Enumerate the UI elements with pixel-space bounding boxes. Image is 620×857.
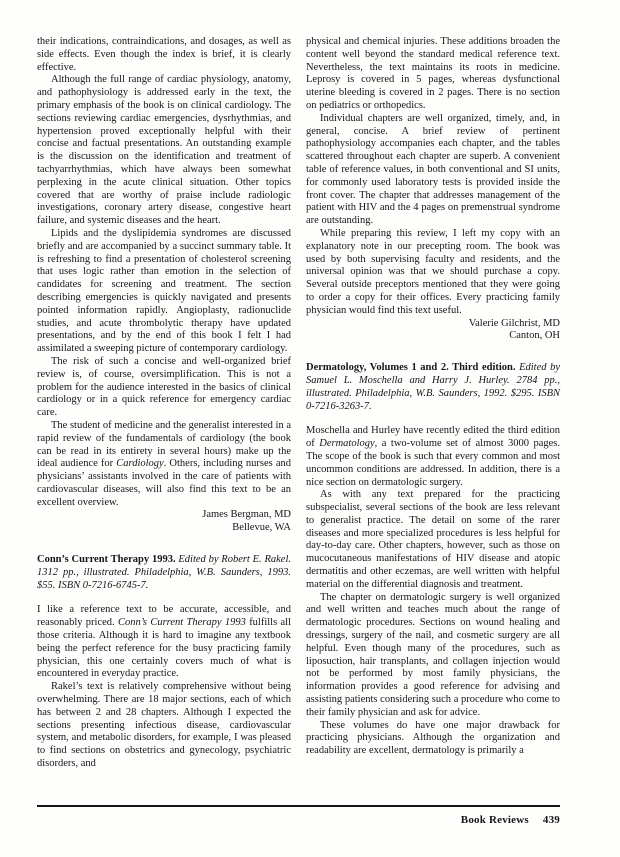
book-title-italic: Dermatology	[319, 438, 374, 449]
book-title-bold: Dermatology, Volumes 1 and 2. Third edit…	[306, 362, 516, 373]
reviewer-signature: James Bergman, MD Bellevue, WA	[37, 509, 291, 535]
reviewer-name: James Bergman, MD	[37, 509, 291, 522]
reviewer-name: Valerie Gilchrist, MD	[306, 318, 560, 331]
paragraph: physical and chemical injuries. These ad…	[306, 36, 560, 113]
paragraph: The chapter on dermatologic surgery is w…	[306, 592, 560, 720]
book-title-italic: Cardiology	[116, 458, 163, 469]
paragraph: Rakel’s text is relatively comprehensive…	[37, 681, 291, 771]
right-column: physical and chemical injuries. These ad…	[306, 36, 560, 771]
paragraph: Lipids and the dyslipidemia syndromes ar…	[37, 228, 291, 356]
paragraph: These volumes do have one major drawback…	[306, 720, 560, 758]
footer-section-label: Book Reviews	[461, 814, 529, 826]
footer-rule	[37, 805, 560, 807]
paragraph: Individual chapters are well organized, …	[306, 113, 560, 228]
paragraph: As with any text prepared for the practi…	[306, 489, 560, 591]
paragraph: The risk of such a concise and well-orga…	[37, 356, 291, 420]
cardiology-review-continuation: their indications, contraindications, an…	[37, 36, 291, 535]
page-footer: Book Reviews439	[37, 814, 560, 826]
paragraph: I like a reference text to be accurate, …	[37, 604, 291, 681]
paragraph: Moschella and Hurley have recently edite…	[306, 425, 560, 489]
page-number: 439	[543, 814, 560, 826]
book-title-bold: Conn’s Current Therapy 1993.	[37, 554, 176, 565]
book-review-heading: Conn’s Current Therapy 1993. Edited by R…	[37, 554, 291, 592]
two-column-layout: their indications, contraindications, an…	[37, 36, 560, 771]
book-title-italic: Conn’s Current Therapy 1993	[118, 617, 246, 628]
reviewer-location: Canton, OH	[306, 330, 560, 343]
conns-review: Conn’s Current Therapy 1993. Edited by R…	[37, 554, 291, 771]
paragraph: The student of medicine and the generali…	[37, 420, 291, 510]
paragraph: Although the full range of cardiac physi…	[37, 74, 291, 228]
conns-review-continuation: physical and chemical injuries. These ad…	[306, 36, 560, 343]
reviewer-location: Bellevue, WA	[37, 522, 291, 535]
left-column: their indications, contraindications, an…	[37, 36, 291, 771]
dermatology-review: Dermatology, Volumes 1 and 2. Third edit…	[306, 362, 560, 758]
paragraph: While preparing this review, I left my c…	[306, 228, 560, 318]
book-review-heading: Dermatology, Volumes 1 and 2. Third edit…	[306, 362, 560, 413]
reviewer-signature: Valerie Gilchrist, MD Canton, OH	[306, 318, 560, 344]
journal-page: their indications, contraindications, an…	[0, 0, 620, 857]
paragraph: their indications, contraindications, an…	[37, 36, 291, 74]
